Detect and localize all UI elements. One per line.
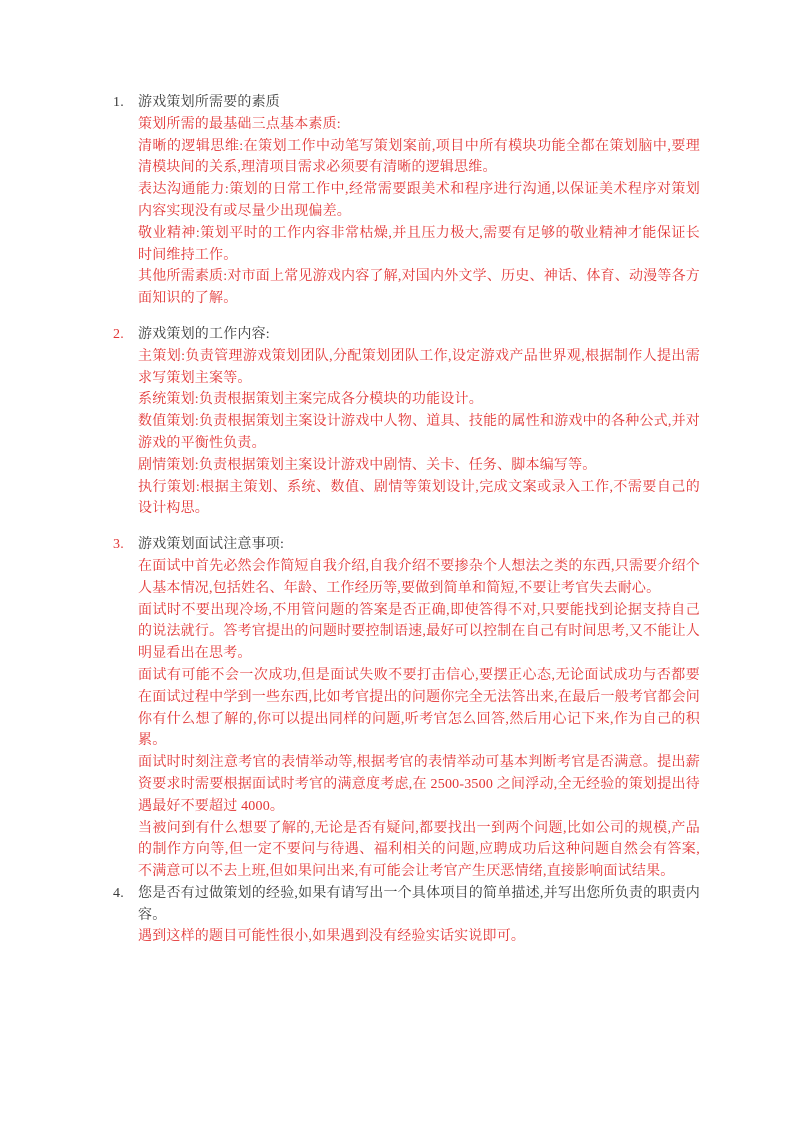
list-item: 3. 游戏策划面试注意事项:在面试中首先必然会作简短自我介绍,自我介绍不要掺杂个… [113, 534, 700, 883]
paragraph: 面试有可能不会一次成功,但是面试失败不要打击信心,要摆正心态,无论面试成功与否都… [138, 665, 700, 752]
paragraph: 游戏策划所需要的素质 [138, 92, 700, 114]
paragraph: 执行策划:根据主策划、系统、数值、剧情等策划设计,完成文案或录入工作,不需要自己… [138, 477, 700, 521]
document-page: 1. 游戏策划所需要的素质策划所需的最基础三点基本素质:清晰的逻辑思维:在策划工… [0, 0, 794, 1123]
list-content: 游戏策划的工作内容:主策划:负责管理游戏策划团队,分配策划团队工作,设定游戏产品… [138, 324, 700, 520]
paragraph: 面试时不要出现冷场,不用管问题的答案是否正确,即使答得不对,只要能找到论据支持自… [138, 600, 700, 665]
list-number: 3. [113, 534, 138, 556]
paragraph: 主策划:负责管理游戏策划团队,分配策划团队工作,设定游戏产品世界观,根据制作人提… [138, 346, 700, 390]
list-item: 1. 游戏策划所需要的素质策划所需的最基础三点基本素质:清晰的逻辑思维:在策划工… [113, 92, 700, 310]
paragraph: 清晰的逻辑思维:在策划工作中动笔写策划案前,项目中所有模块功能全都在策划脑中,要… [138, 136, 700, 180]
paragraph: 您是否有过做策划的经验,如果有请写出一个具体项目的简单描述,并写出您所负责的职责… [138, 883, 700, 927]
paragraph: 数值策划:负责根据策划主案设计游戏中人物、道具、技能的属性和游戏中的各种公式,并… [138, 411, 700, 455]
paragraph: 面试时时刻注意考官的表情举动等,根据考官的表情举动可基本判断考官是否满意。提出薪… [138, 752, 700, 817]
list-number: 2. [113, 324, 138, 346]
paragraph: 游戏策划面试注意事项: [138, 534, 700, 556]
paragraph: 遇到这样的题目可能性很小,如果遇到没有经验实话实说即可。 [138, 926, 700, 948]
paragraph: 当被问到有什么想要了解的,无论是否有疑问,都要找出一到两个问题,比如公司的规模,… [138, 818, 700, 883]
list-number: 1. [113, 92, 138, 114]
paragraph: 其他所需素质:对市面上常见游戏内容了解,对国内外文学、历史、神话、体育、动漫等各… [138, 266, 700, 310]
paragraph: 系统策划:负责根据策划主案完成各分模块的功能设计。 [138, 389, 700, 411]
paragraph: 表达沟通能力:策划的日常工作中,经常需要跟美术和程序进行沟通,以保证美术程序对策… [138, 179, 700, 223]
list-content: 游戏策划面试注意事项:在面试中首先必然会作简短自我介绍,自我介绍不要掺杂个人想法… [138, 534, 700, 883]
list-item: 2. 游戏策划的工作内容:主策划:负责管理游戏策划团队,分配策划团队工作,设定游… [113, 324, 700, 520]
document-body: 1. 游戏策划所需要的素质策划所需的最基础三点基本素质:清晰的逻辑思维:在策划工… [113, 92, 700, 948]
list-content: 您是否有过做策划的经验,如果有请写出一个具体项目的简单描述,并写出您所负责的职责… [138, 883, 700, 948]
paragraph: 游戏策划的工作内容: [138, 324, 700, 346]
paragraph: 敬业精神:策划平时的工作内容非常枯燥,并且压力极大,需要有足够的敬业精神才能保证… [138, 223, 700, 267]
list-number: 4. [113, 883, 138, 905]
paragraph: 剧情策划:负责根据策划主案设计游戏中剧情、关卡、任务、脚本编写等。 [138, 455, 700, 477]
paragraph: 在面试中首先必然会作简短自我介绍,自我介绍不要掺杂个人想法之类的东西,只需要介绍… [138, 556, 700, 600]
list-item: 4. 您是否有过做策划的经验,如果有请写出一个具体项目的简单描述,并写出您所负责… [113, 883, 700, 948]
list-content: 游戏策划所需要的素质策划所需的最基础三点基本素质:清晰的逻辑思维:在策划工作中动… [138, 92, 700, 310]
paragraph: 策划所需的最基础三点基本素质: [138, 114, 700, 136]
